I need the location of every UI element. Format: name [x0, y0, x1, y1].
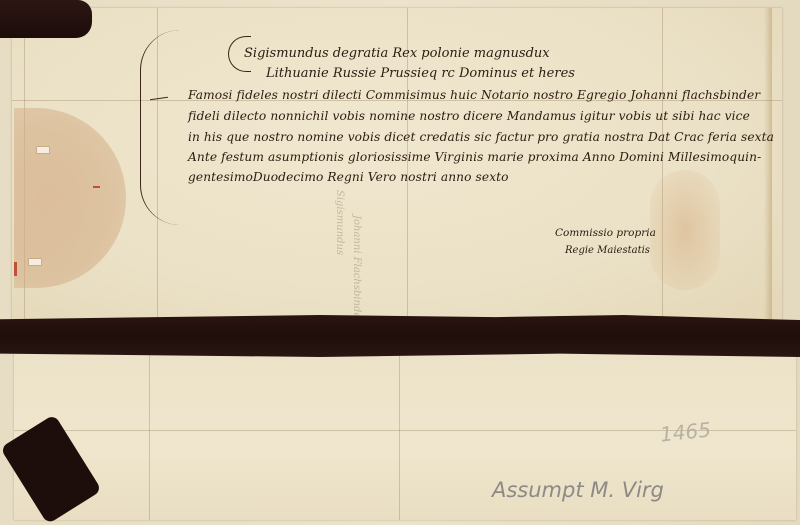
body-line-3: in his que nostro nomine vobis dicet cre…: [188, 130, 774, 144]
body-line-5: gentesimoDuodecimo Regni Vero nostri ann…: [188, 170, 509, 184]
wax-fleck: [14, 262, 17, 276]
header-line-1: Sigismundus degratia Rex polonie magnusd…: [244, 46, 550, 61]
seal-slit: [28, 258, 42, 266]
fold-line: [399, 345, 400, 520]
body-line-2: fideli dilecto nonnichil vobis nomine no…: [188, 109, 750, 123]
bleed-through-text: Sigismundus: [334, 190, 345, 255]
subscription-line-1: Commissio propria: [555, 227, 656, 239]
ribbon-band: [0, 315, 800, 357]
bleed-through-text: Johanni Flachsbinder: [351, 215, 362, 323]
ribbon-end-top: [0, 0, 92, 38]
seal-slit: [36, 146, 50, 154]
body-line-1: Famosi fideles nostri dilecti Commisimus…: [188, 88, 760, 102]
wax-fleck: [93, 186, 100, 188]
body-line-4: Ante festum asumptionis gloriosissime Vi…: [188, 150, 761, 164]
header-line-2: Lithuanie Russie Prussieq rc Dominus et …: [266, 66, 575, 81]
decorative-bracket: [140, 30, 185, 225]
pencil-note: Assumpt M. Virg: [492, 478, 664, 502]
water-stain: [650, 170, 720, 290]
fold-line: [149, 345, 150, 520]
subscription-line-2: Regie Maiestatis: [565, 245, 650, 256]
